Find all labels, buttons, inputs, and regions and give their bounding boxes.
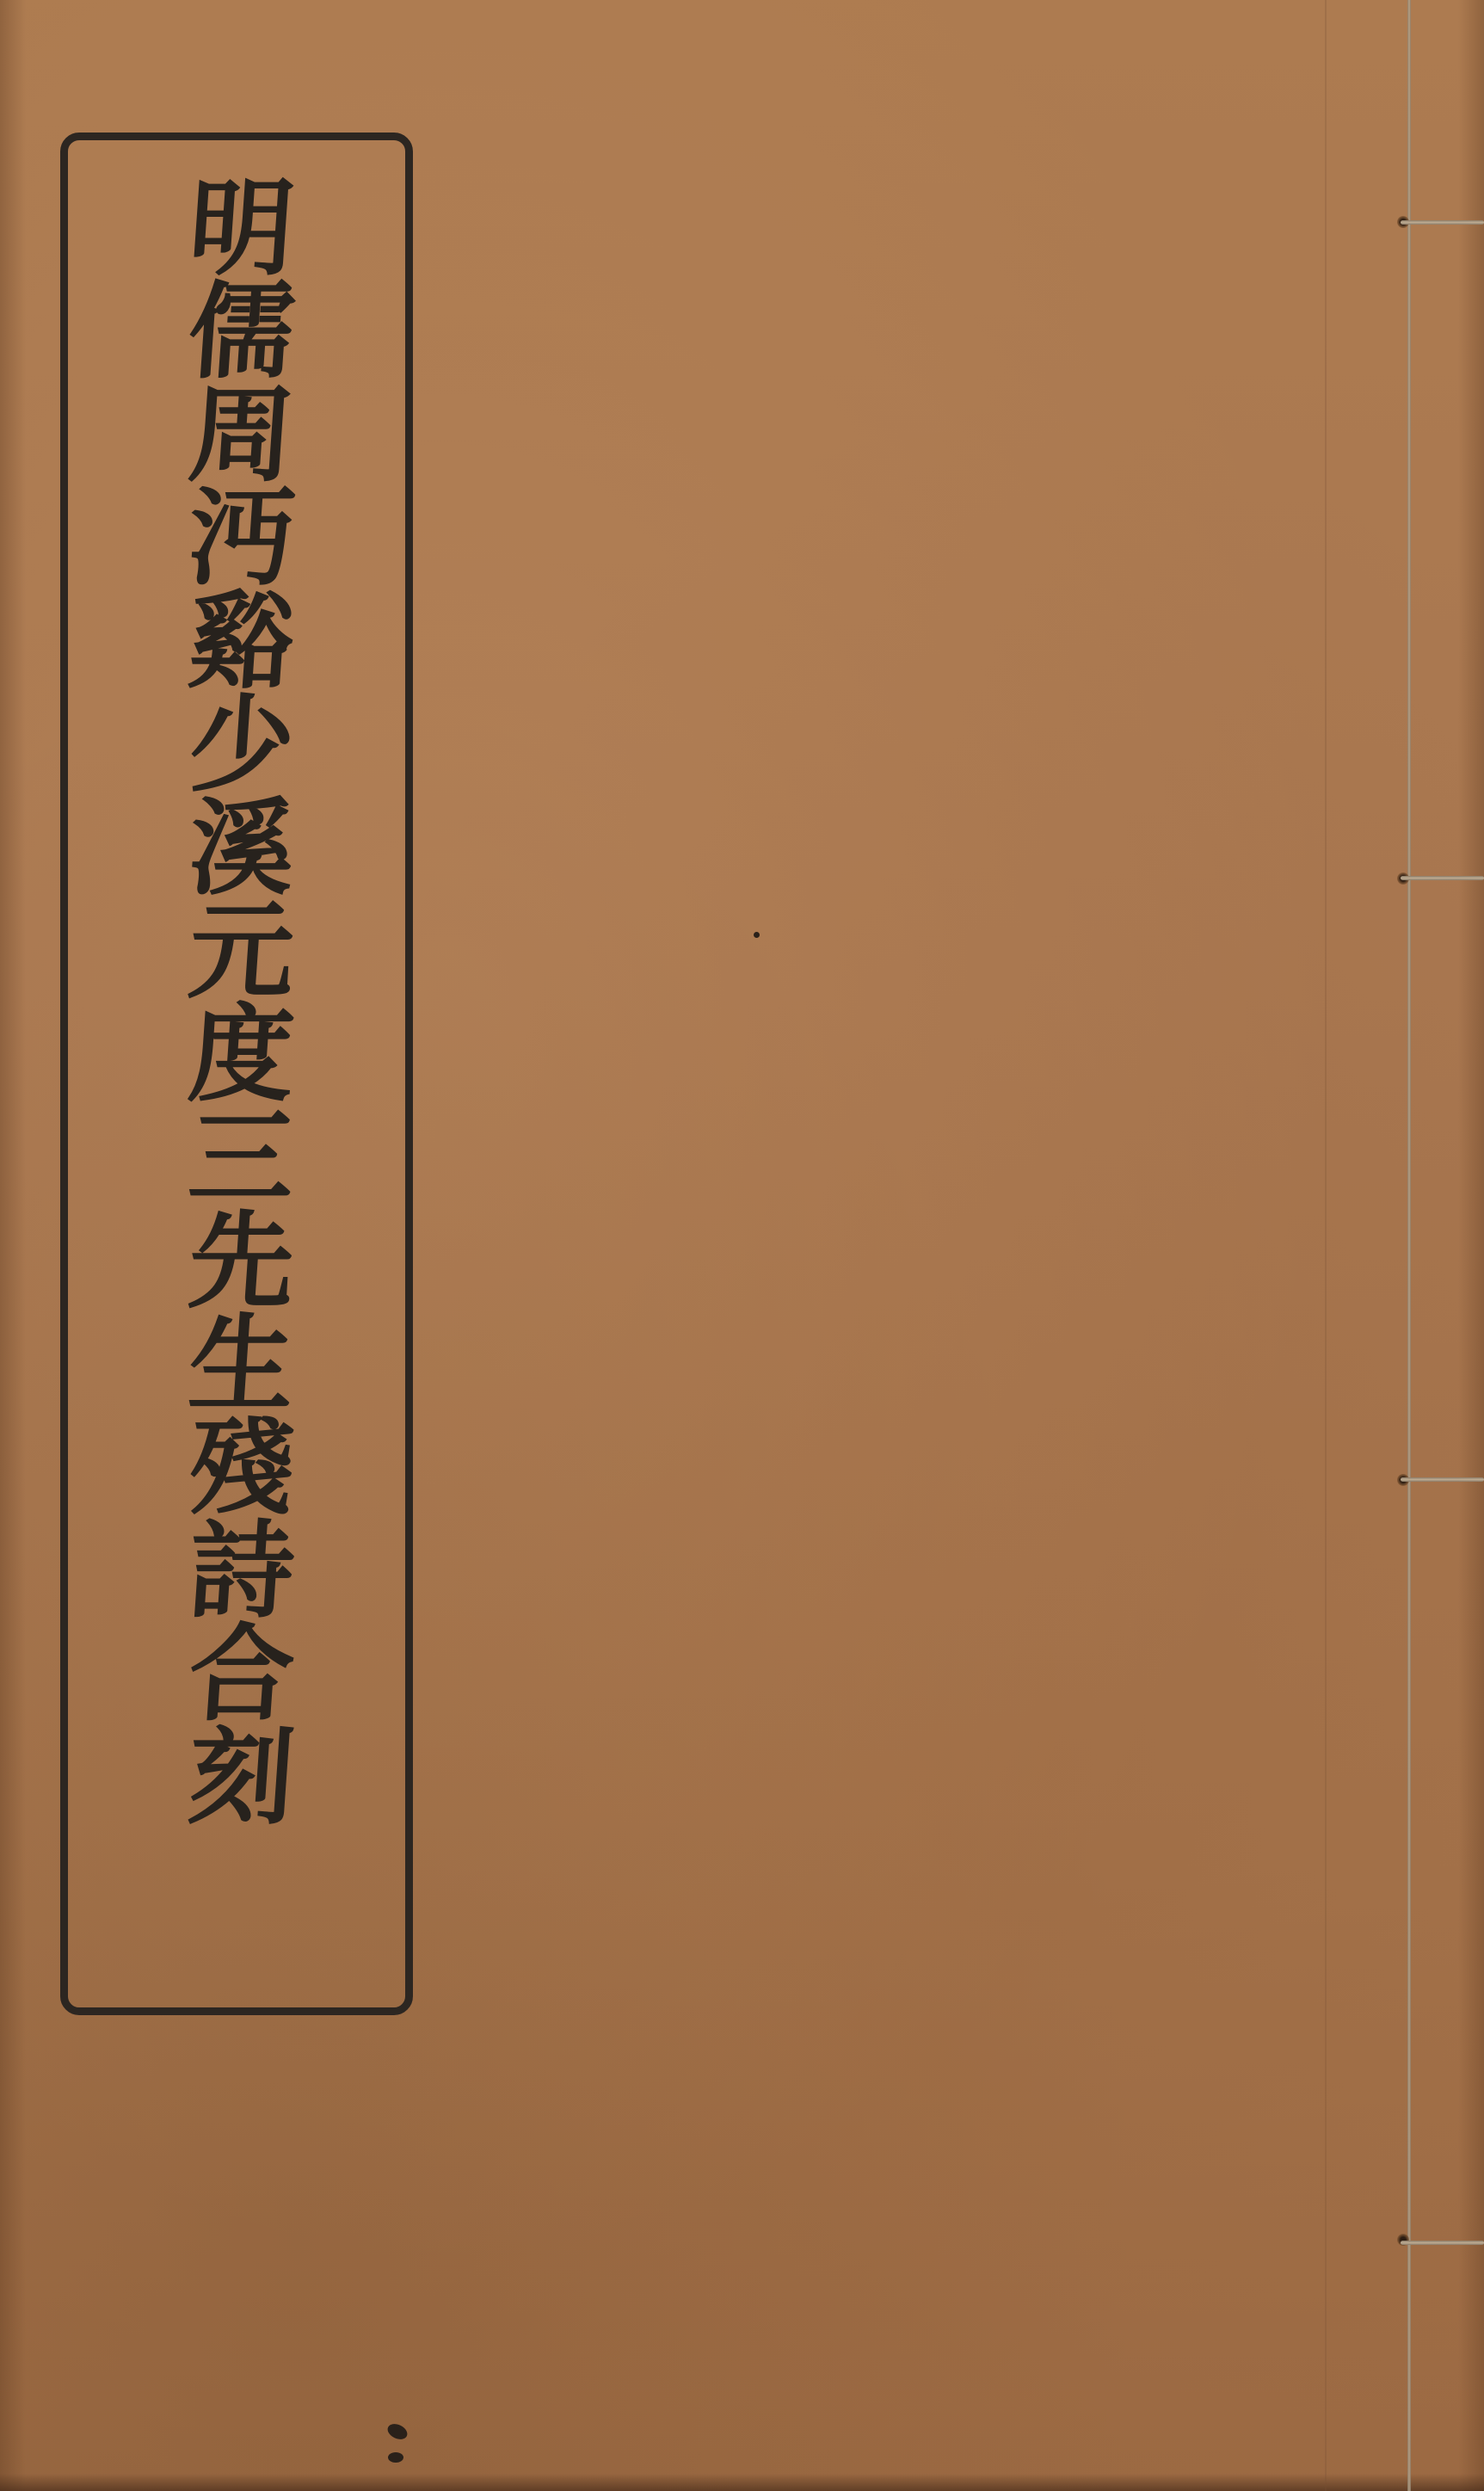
title-char: 三 xyxy=(165,1106,318,1209)
title-char: 明 xyxy=(165,176,318,280)
ink-spot xyxy=(385,2421,410,2443)
title-char: 溪 xyxy=(165,796,318,899)
book-cover: 明 儒 周 沔 谿 少 溪 元 度 三 先 生 殘 詩 合 刻 xyxy=(0,0,1484,2491)
title-char: 生 xyxy=(165,1312,318,1415)
ink-spot xyxy=(754,932,760,938)
title-slip: 明 儒 周 沔 谿 少 溪 元 度 三 先 生 殘 詩 合 刻 xyxy=(60,133,413,2015)
ink-spot xyxy=(388,2452,403,2463)
title-char: 合 xyxy=(165,1622,318,1725)
left-edge-shade xyxy=(0,0,26,2491)
title-char: 沔 xyxy=(165,486,318,589)
title-char: 度 xyxy=(165,1002,318,1106)
title-char: 周 xyxy=(165,383,318,486)
binding-stitch xyxy=(1401,2241,1484,2245)
title-char: 先 xyxy=(165,1209,318,1312)
title-char: 刻 xyxy=(165,1725,318,1828)
binding-fold-line xyxy=(1325,0,1327,2491)
title-char: 詩 xyxy=(165,1519,318,1622)
binding-thread xyxy=(1407,0,1411,2491)
binding-stitch xyxy=(1401,1477,1484,1482)
title-char: 儒 xyxy=(165,280,318,383)
title-char: 少 xyxy=(165,693,318,796)
title-text: 明 儒 周 沔 谿 少 溪 元 度 三 先 生 殘 詩 合 刻 xyxy=(163,176,310,1828)
right-edge-shade xyxy=(1458,0,1484,2491)
binding-stitch xyxy=(1401,876,1484,880)
binding-stitch xyxy=(1401,220,1484,225)
bottom-edge-shade xyxy=(0,2474,1484,2491)
title-char: 谿 xyxy=(165,589,318,693)
title-char: 元 xyxy=(165,899,318,1002)
title-char: 殘 xyxy=(165,1415,318,1519)
